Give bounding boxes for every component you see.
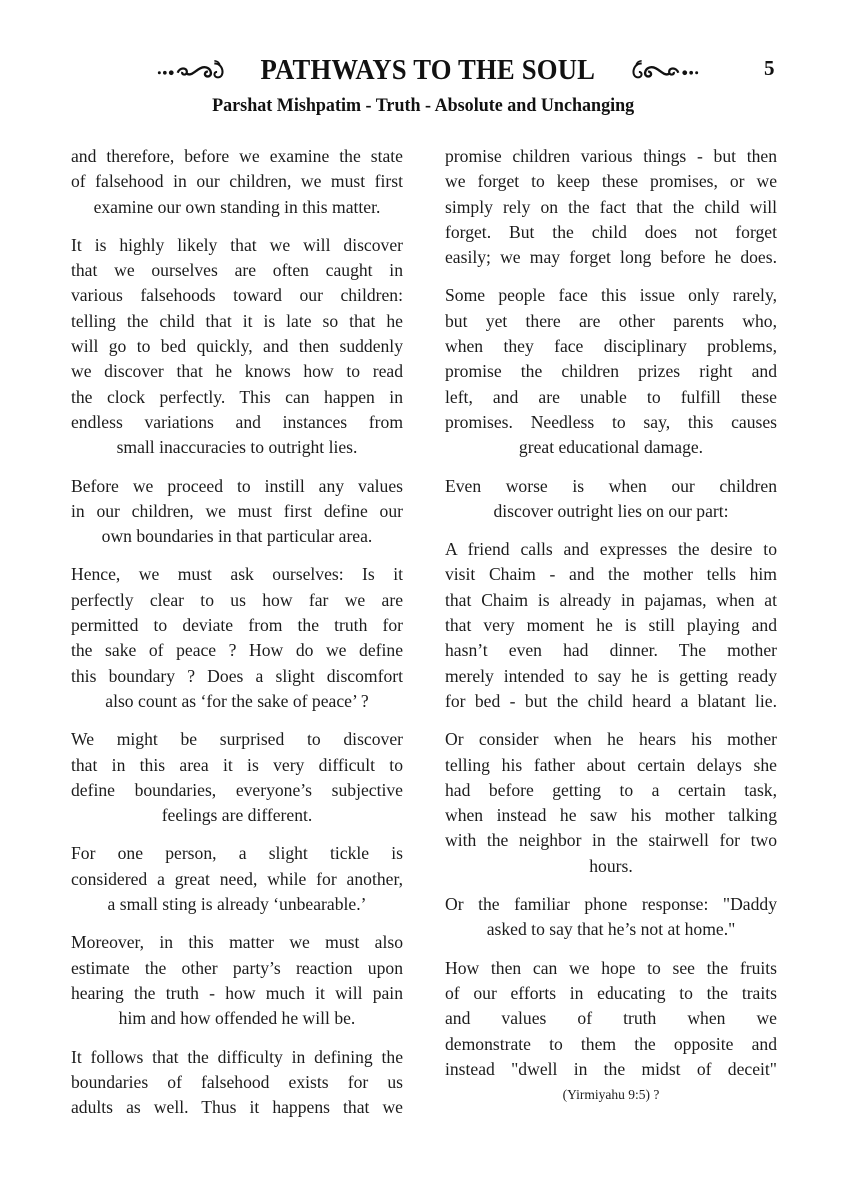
text-line: we forget to keep these promises, or we (445, 169, 777, 194)
text-line: of our efforts in educating to the trait… (445, 981, 777, 1006)
text-line: we discover that he knows how to read (71, 359, 403, 384)
paragraph: Before we proceed to instill any values … (71, 474, 403, 550)
text-line: merely intended to say he is getting rea… (445, 664, 777, 689)
text-line: left, and are unable to fulfill these (445, 385, 777, 410)
text-line: simply rely on the fact that the child w… (445, 195, 777, 220)
paragraph: Or consider when he hears his mother tel… (445, 727, 777, 879)
paragraph: Some people face this issue only rarely,… (445, 283, 777, 460)
text-line: We might be surprised to discover (71, 727, 403, 752)
book-title: PATHWAYS TO THE SOUL (261, 54, 596, 87)
text-line: Hence, we must ask ourselves: Is it (71, 562, 403, 587)
text-line: promise children various things - but th… (445, 144, 777, 169)
text-line: Even worse is when our children (445, 474, 777, 499)
text-line: him and how offended he will be. (71, 1006, 403, 1031)
text-line: Or consider when he hears his mother (445, 727, 777, 752)
text-line: adults as well. Thus it happens that we (71, 1095, 403, 1120)
text-line: that Chaim is already in pajamas, when a… (445, 588, 777, 613)
text-line: define boundaries, everyone’s subjective (71, 778, 403, 803)
text-line: A friend calls and expresses the desire … (445, 537, 777, 562)
text-line: when they face disciplinary problems, (445, 334, 777, 359)
text-line: hours. (445, 854, 777, 879)
text-line: great educational damage. (445, 435, 777, 460)
text-line: promise the children prizes right and (445, 359, 777, 384)
text-line: when instead he saw his mother talking (445, 803, 777, 828)
paragraph: Or the familiar phone response: "Daddy a… (445, 892, 777, 943)
text-line: this boundary ? Does a slight discomfort (71, 664, 403, 689)
text-line: for bed - but the child heard a blatant … (445, 689, 777, 714)
text-line: promises. Needless to say, this causes (445, 410, 777, 435)
paragraph: and therefore, before we examine the sta… (71, 144, 403, 220)
text-line: and values of truth when we (445, 1006, 777, 1031)
text-line: Some people face this issue only rarely, (445, 283, 777, 308)
text-line: that in this area it is very difficult t… (71, 753, 403, 778)
text-line: a small sting is already ‘unbearable.’ (71, 892, 403, 917)
text-line: How then can we hope to see the fruits (445, 956, 777, 981)
ornament-flourish-right-icon (616, 59, 704, 81)
text-line: and therefore, before we examine the sta… (71, 144, 403, 169)
page-number: 5 (764, 56, 775, 81)
text-line: Before we proceed to instill any values (71, 474, 403, 499)
text-line: perfectly clear to us how far we are (71, 588, 403, 613)
chapter-subtitle: Parshat Mishpatim - Truth - Absolute and… (0, 95, 846, 117)
scripture-citation: (Yirmiyahu 9:5) ? (445, 1082, 777, 1107)
text-line: estimate the other party’s reaction upon (71, 956, 403, 981)
paragraph: Moreover, in this matter we must also es… (71, 930, 403, 1031)
text-line: small inaccuracies to outright lies. (71, 435, 403, 460)
text-line: visit Chaim - and the mother tells him (445, 562, 777, 587)
paragraph: It is highly likely that we will discove… (71, 233, 403, 461)
text-line: endless variations and instances from (71, 410, 403, 435)
text-line: but yet there are other parents who, (445, 309, 777, 334)
text-line: also count as ‘for the sake of peace’ ? (71, 689, 403, 714)
paragraph: Hence, we must ask ourselves: Is it perf… (71, 562, 403, 714)
text-line: various falsehoods toward our children: (71, 283, 403, 308)
page-header: PATHWAYS TO THE SOUL 5 (0, 50, 846, 90)
text-line: easily; we may forget long before he doe… (445, 245, 777, 270)
text-line: in our children, we must first define ou… (71, 499, 403, 524)
text-line: own boundaries in that particular area. (71, 524, 403, 549)
text-line: It is highly likely that we will discove… (71, 233, 403, 258)
text-line: Or the familiar phone response: "Daddy (445, 892, 777, 917)
text-line: demonstrate to them the opposite and (445, 1032, 777, 1057)
paragraph: It follows that the difficulty in defini… (71, 1045, 403, 1121)
paragraph: Even worse is when our children discover… (445, 474, 777, 525)
chapter-subtitle-text: Parshat Mishpatim - Truth - Absolute and… (212, 95, 634, 117)
text-line: that we ourselves are often caught in (71, 258, 403, 283)
text-line: For one person, a slight tickle is (71, 841, 403, 866)
text-line: that very moment he is still playing and (445, 613, 777, 638)
text-line: Moreover, in this matter we must also (71, 930, 403, 955)
text-line: examine our own standing in this matter. (71, 195, 403, 220)
text-line: hearing the truth - how much it will pai… (71, 981, 403, 1006)
text-line: telling the child that it is late so tha… (71, 309, 403, 334)
text-line: the clock perfectly. This can happen in (71, 385, 403, 410)
paragraph: For one person, a slight tickle is consi… (71, 841, 403, 917)
paragraph: How then can we hope to see the fruits o… (445, 956, 777, 1108)
text-line: feelings are different. (71, 803, 403, 828)
text-line: permitted to deviate from the truth for (71, 613, 403, 638)
text-column-right: promise children various things - but th… (445, 144, 777, 1120)
text-line: instead "dwell in the midst of deceit" (445, 1057, 777, 1082)
paragraph: We might be surprised to discover that i… (71, 727, 403, 828)
text-line: the sake of peace ? How do we define (71, 638, 403, 663)
paragraph: A friend calls and expresses the desire … (445, 537, 777, 714)
text-line: telling his father about certain delays … (445, 753, 777, 778)
text-line: asked to say that he’s not at home." (445, 917, 777, 942)
text-line: discover outright lies on our part: (445, 499, 777, 524)
text-line: with the neighbor in the stairwell for t… (445, 828, 777, 853)
text-column-left: and therefore, before we examine the sta… (71, 144, 403, 1133)
running-title: PATHWAYS TO THE SOUL (133, 50, 723, 90)
text-line: It follows that the difficulty in defini… (71, 1045, 403, 1070)
text-line: boundaries of falsehood exists for us (71, 1070, 403, 1095)
document-page: PATHWAYS TO THE SOUL 5 Parshat Mishpatim… (0, 0, 846, 1200)
ornament-flourish-left-icon (152, 59, 240, 81)
paragraph: promise children various things - but th… (445, 144, 777, 270)
text-line: of falsehood in our children, we must fi… (71, 169, 403, 194)
text-line: had before getting to a certain task, (445, 778, 777, 803)
text-line: will go to bed quickly, and then suddenl… (71, 334, 403, 359)
text-line: considered a great need, while for anoth… (71, 867, 403, 892)
text-line: forget. But the child does not forget (445, 220, 777, 245)
text-line: hasn’t even had dinner. The mother (445, 638, 777, 663)
